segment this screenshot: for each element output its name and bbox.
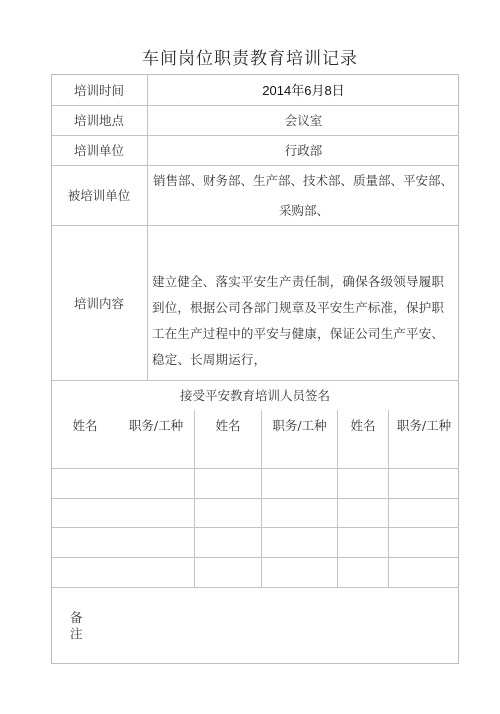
label-training-time: 培训时间	[51, 74, 147, 105]
signature-row[interactable]	[51, 468, 459, 498]
header-position-2: 职务/工种	[262, 416, 337, 434]
label-trainee-units: 被培训单位	[51, 165, 147, 225]
value-training-unit: 行政部	[148, 135, 459, 165]
value-trainee-units-line1: 销售部、财务部、生产部、技术部、质量部、平安部、	[153, 166, 453, 196]
header-name-3: 姓名	[338, 416, 388, 434]
value-training-content: 建立健全、落实平安生产责任制，确保各级领导履职到位，根据公司各部门规章及平安生产…	[152, 269, 456, 373]
signature-section-title: 接受平安教育培训人员签名	[51, 386, 459, 404]
value-training-location: 会议室	[148, 105, 459, 135]
header-position-1: 职务/工种	[118, 416, 194, 434]
signature-row[interactable]	[51, 557, 459, 587]
header-name-1: 姓名	[60, 416, 110, 434]
signature-row[interactable]	[51, 527, 459, 557]
signature-row[interactable]	[51, 498, 459, 527]
remarks-label: 备注	[70, 610, 84, 642]
header-name-2: 姓名	[195, 416, 261, 434]
label-training-location: 培训地点	[51, 105, 147, 135]
label-training-unit: 培训单位	[51, 135, 147, 165]
page-title: 车间岗位职责教育培训记录	[0, 44, 500, 69]
header-position-3: 职务/工种	[389, 416, 459, 434]
value-trainee-units-line2: 采购部、	[279, 196, 329, 226]
label-training-content: 培训内容	[51, 225, 147, 380]
row-divider	[51, 587, 459, 588]
value-training-time: 2014年6月8日	[148, 74, 459, 105]
row-divider	[51, 380, 459, 381]
